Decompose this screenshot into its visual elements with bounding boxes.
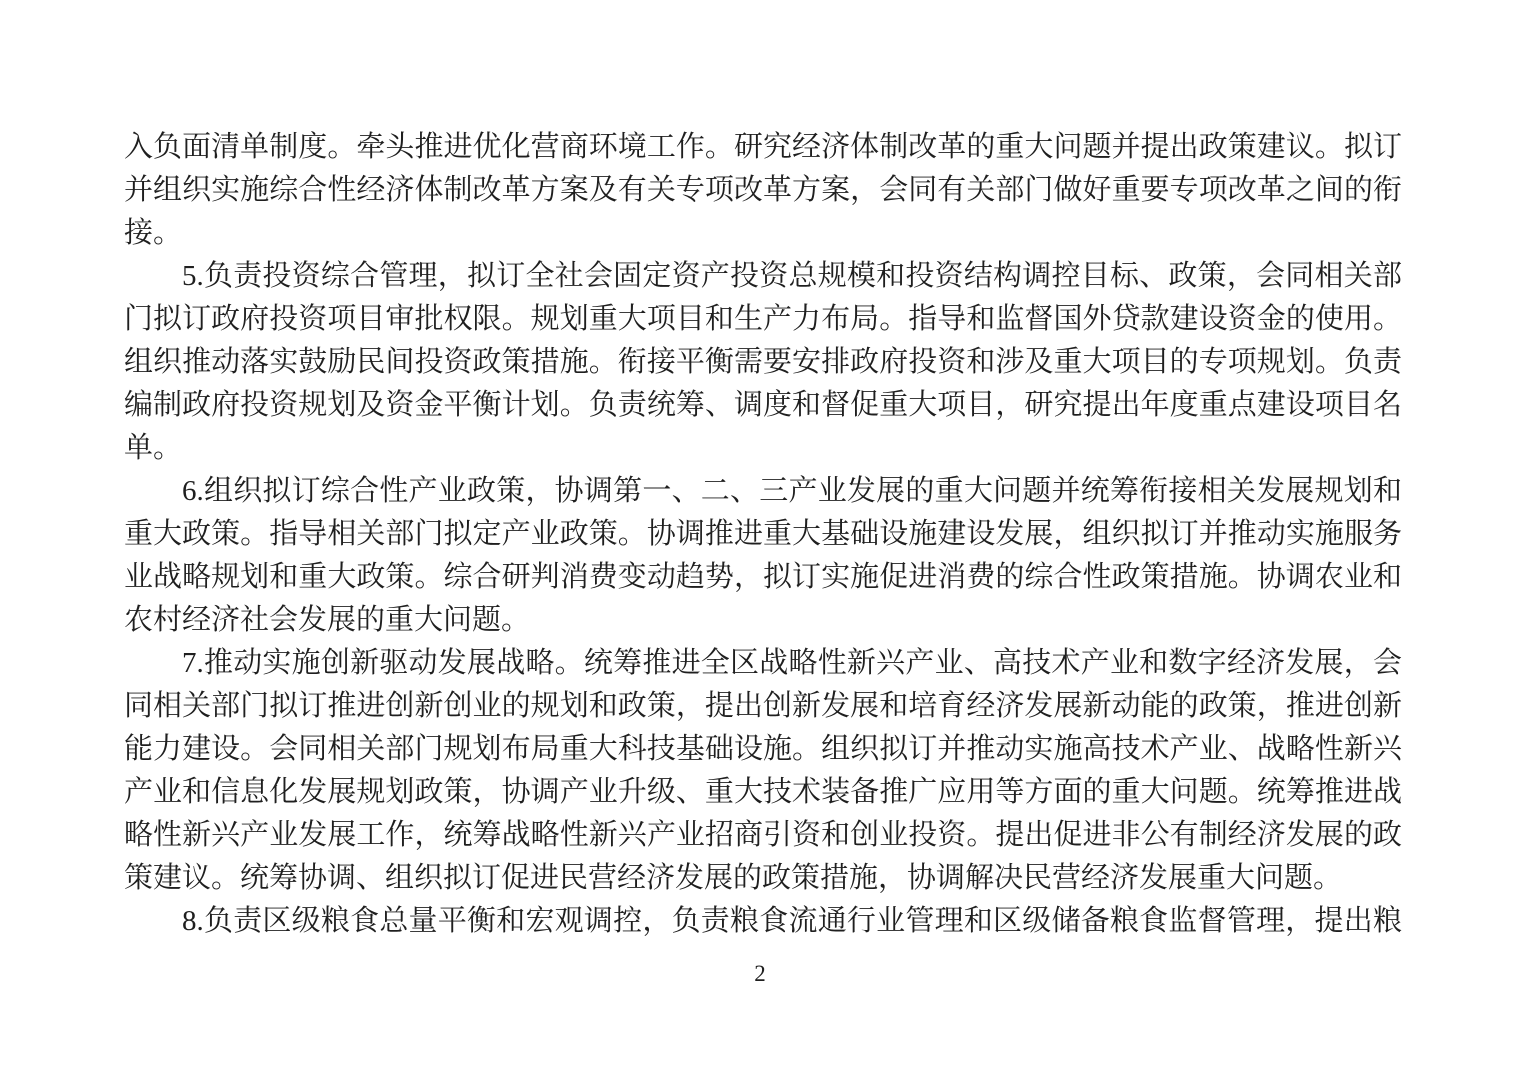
paragraph: 7.推动实施创新驱动发展战略。统筹推进全区战略性新兴产业、高技术产业和数字经济发…	[124, 642, 1402, 900]
paragraph: 5.负责投资综合管理，拟订全社会固定资产投资总规模和投资结构调控目标、政策，会同…	[124, 255, 1402, 470]
page-footer: 2	[0, 961, 1520, 987]
page-number: 2	[754, 961, 766, 986]
paragraph: 8.负责区级粮食总量平衡和宏观调控，负责粮食流通行业管理和区级储备粮食监督管理，…	[124, 900, 1402, 948]
paragraph: 入负面清单制度。牵头推进优化营商环境工作。研究经济体制改革的重大问题并提出政策建…	[124, 126, 1402, 255]
paragraph: 6.组织拟订综合性产业政策，协调第一、二、三产业发展的重大问题并统筹衔接相关发展…	[124, 470, 1402, 642]
page-body-text: 入负面清单制度。牵头推进优化营商环境工作。研究经济体制改革的重大问题并提出政策建…	[124, 126, 1402, 948]
document-page: 入负面清单制度。牵头推进优化营商环境工作。研究经济体制改革的重大问题并提出政策建…	[0, 0, 1520, 1074]
